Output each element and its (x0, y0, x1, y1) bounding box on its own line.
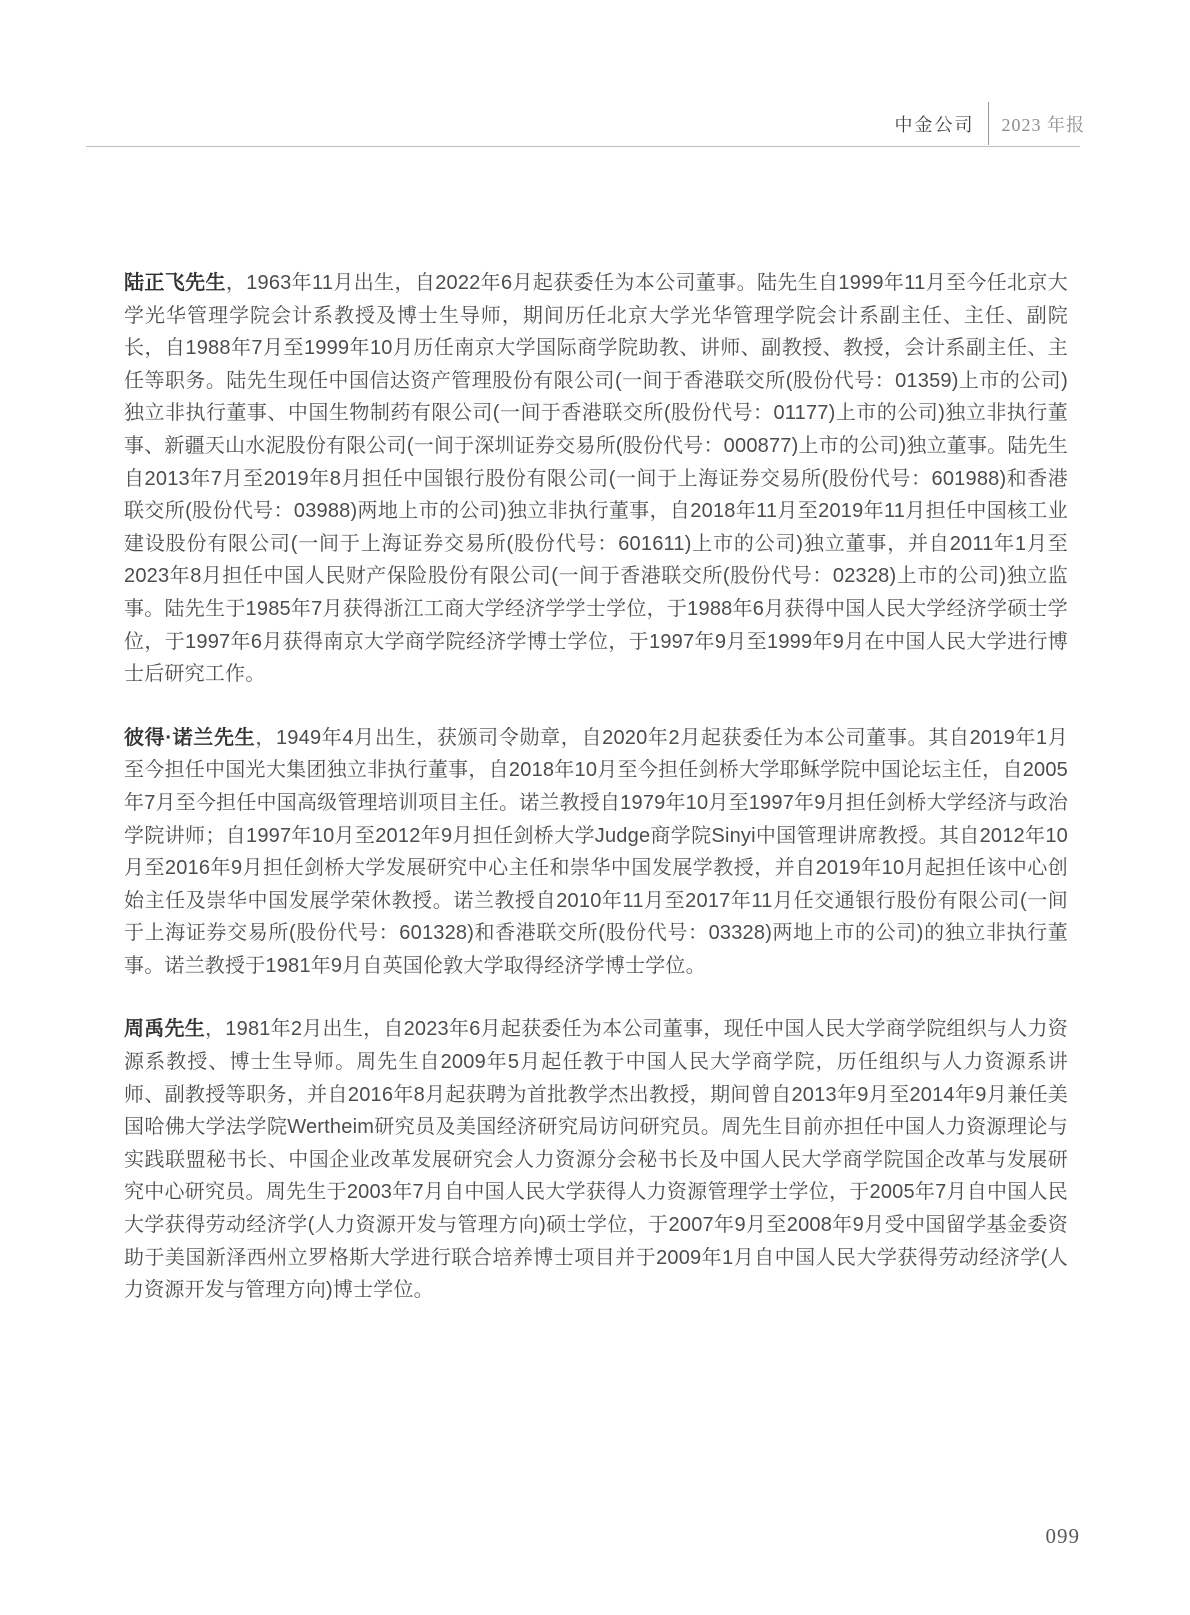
page-header: 中金公司 2023 年报 (895, 102, 1086, 145)
company-name: 中金公司 (895, 111, 975, 137)
director-bio-peter-nolan: 彼得·诺兰先生，1949年4月出生，获颁司令勋章，自2020年2月起获委任为本公… (124, 722, 1068, 983)
annual-report-page: 中金公司 2023 年报 陆正飞先生，1963年11月出生，自2022年6月起获… (0, 0, 1190, 1615)
director-biographies: 陆正飞先生，1963年11月出生，自2022年6月起获委任为本公司董事。陆先生自… (124, 267, 1068, 1338)
director-name: 陆正飞先生 (124, 272, 226, 294)
page-number: 099 (1046, 1524, 1081, 1549)
director-bio-text: ，1963年11月出生，自2022年6月起获委任为本公司董事。陆先生自1999年… (124, 272, 1068, 685)
director-name: 周禹先生 (124, 1018, 205, 1040)
director-name: 彼得·诺兰先生 (124, 727, 255, 749)
director-bio-zhou-yu: 周禹先生，1981年2月出生，自2023年6月起获委任为本公司董事，现任中国人民… (124, 1013, 1068, 1306)
report-edition: 2023 年报 (1002, 111, 1086, 137)
director-bio-lu-zhengfei: 陆正飞先生，1963年11月出生，自2022年6月起获委任为本公司董事。陆先生自… (124, 267, 1068, 691)
header-rule (86, 146, 1080, 147)
director-bio-text: ，1981年2月出生，自2023年6月起获委任为本公司董事，现任中国人民大学商学… (124, 1018, 1068, 1301)
director-bio-text: ，1949年4月出生，获颁司令勋章，自2020年2月起获委任为本公司董事。其自2… (124, 727, 1068, 977)
header-divider (988, 102, 989, 145)
